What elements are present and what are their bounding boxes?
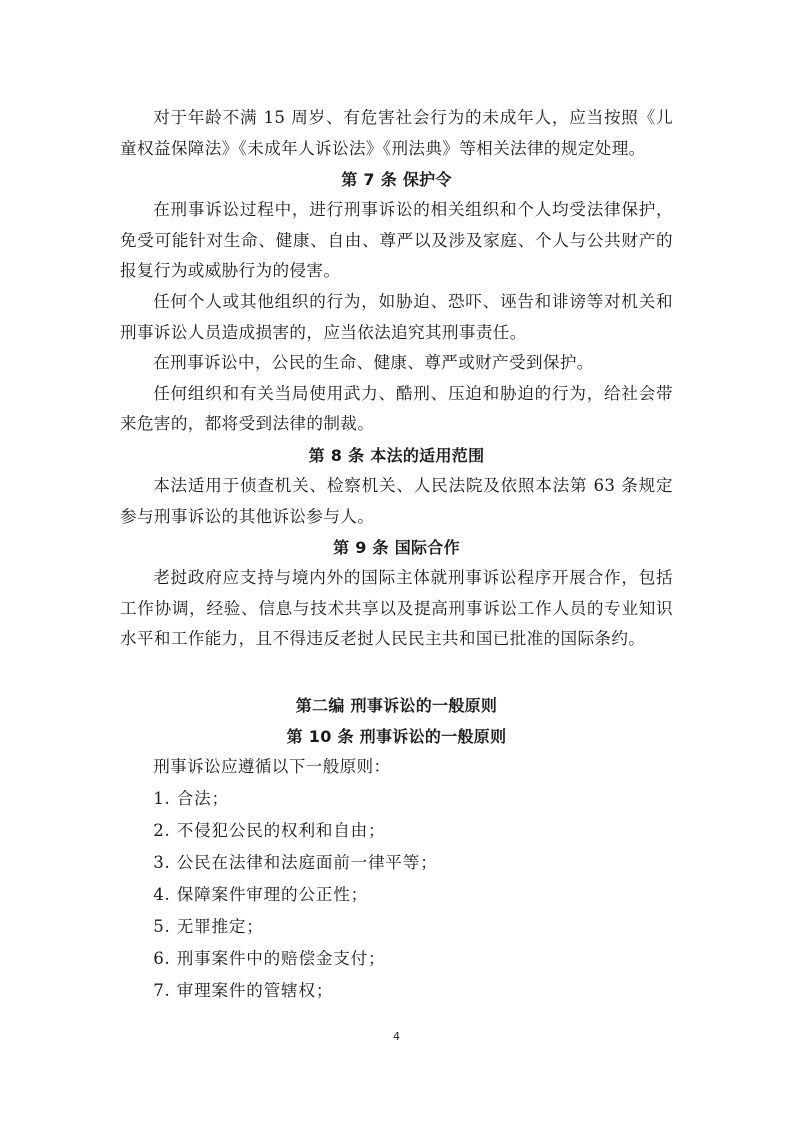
part-2-heading: 第二编 刑事诉讼的一般原则 — [120, 690, 673, 721]
paragraph-coercion-liability: 任何个人或其他组织的行为，如胁迫、恐吓、诬告和诽谤等对机关和刑事诉讼人员造成损害… — [120, 287, 673, 348]
list-item-principle-2: 2. 不侵犯公民的权利和自由； — [120, 815, 673, 847]
article-7-heading: 第 7 条 保护令 — [120, 164, 673, 195]
paragraph-use-of-force-sanction: 任何组织和有关当局使用武力、酷刑、压迫和胁迫的行为，给社会带来危害的，都将受到法… — [120, 379, 673, 440]
paragraph-citizen-protection: 在刑事诉讼中，公民的生命、健康、尊严或财产受到保护。 — [120, 348, 673, 379]
article-8-heading: 第 8 条 本法的适用范围 — [120, 440, 673, 471]
list-item-principle-1: 1. 合法； — [120, 783, 673, 815]
list-item-principle-7: 7. 审理案件的管辖权； — [120, 975, 673, 1007]
article-10-heading: 第 10 条 刑事诉讼的一般原则 — [120, 721, 673, 752]
list-item-principle-4: 4. 保障案件审理的公正性； — [120, 879, 673, 911]
paragraph-scope-of-application: 本法适用于侦查机关、检察机关、人民法院及依照本法第 63 条规定参与刑事诉讼的其… — [120, 471, 673, 532]
article-9-heading: 第 9 条 国际合作 — [120, 532, 673, 563]
list-item-principle-3: 3. 公民在法律和法庭面前一律平等； — [120, 847, 673, 879]
paragraph-international-cooperation: 老挝政府应支持与境内外的国际主体就刑事诉讼程序开展合作，包括工作协调，经验、信息… — [120, 563, 673, 655]
page-number: 4 — [0, 1030, 793, 1043]
paragraph-principles-intro: 刑事诉讼应遵循以下一般原则： — [120, 752, 673, 783]
list-item-principle-6: 6. 刑事案件中的赔偿金支付； — [120, 943, 673, 975]
paragraph-protection-participants: 在刑事诉讼过程中，进行刑事诉讼的相关组织和个人均受法律保护，免受可能针对生命、健… — [120, 195, 673, 287]
paragraph-minors-under-15: 对于年龄不满 15 周岁、有危害社会行为的未成年人，应当按照《儿童权益保障法》《… — [120, 103, 673, 164]
list-item-principle-5: 5. 无罪推定； — [120, 911, 673, 943]
section-spacer — [120, 655, 673, 690]
document-page-body: 对于年龄不满 15 周岁、有危害社会行为的未成年人，应当按照《儿童权益保障法》《… — [120, 103, 673, 1007]
